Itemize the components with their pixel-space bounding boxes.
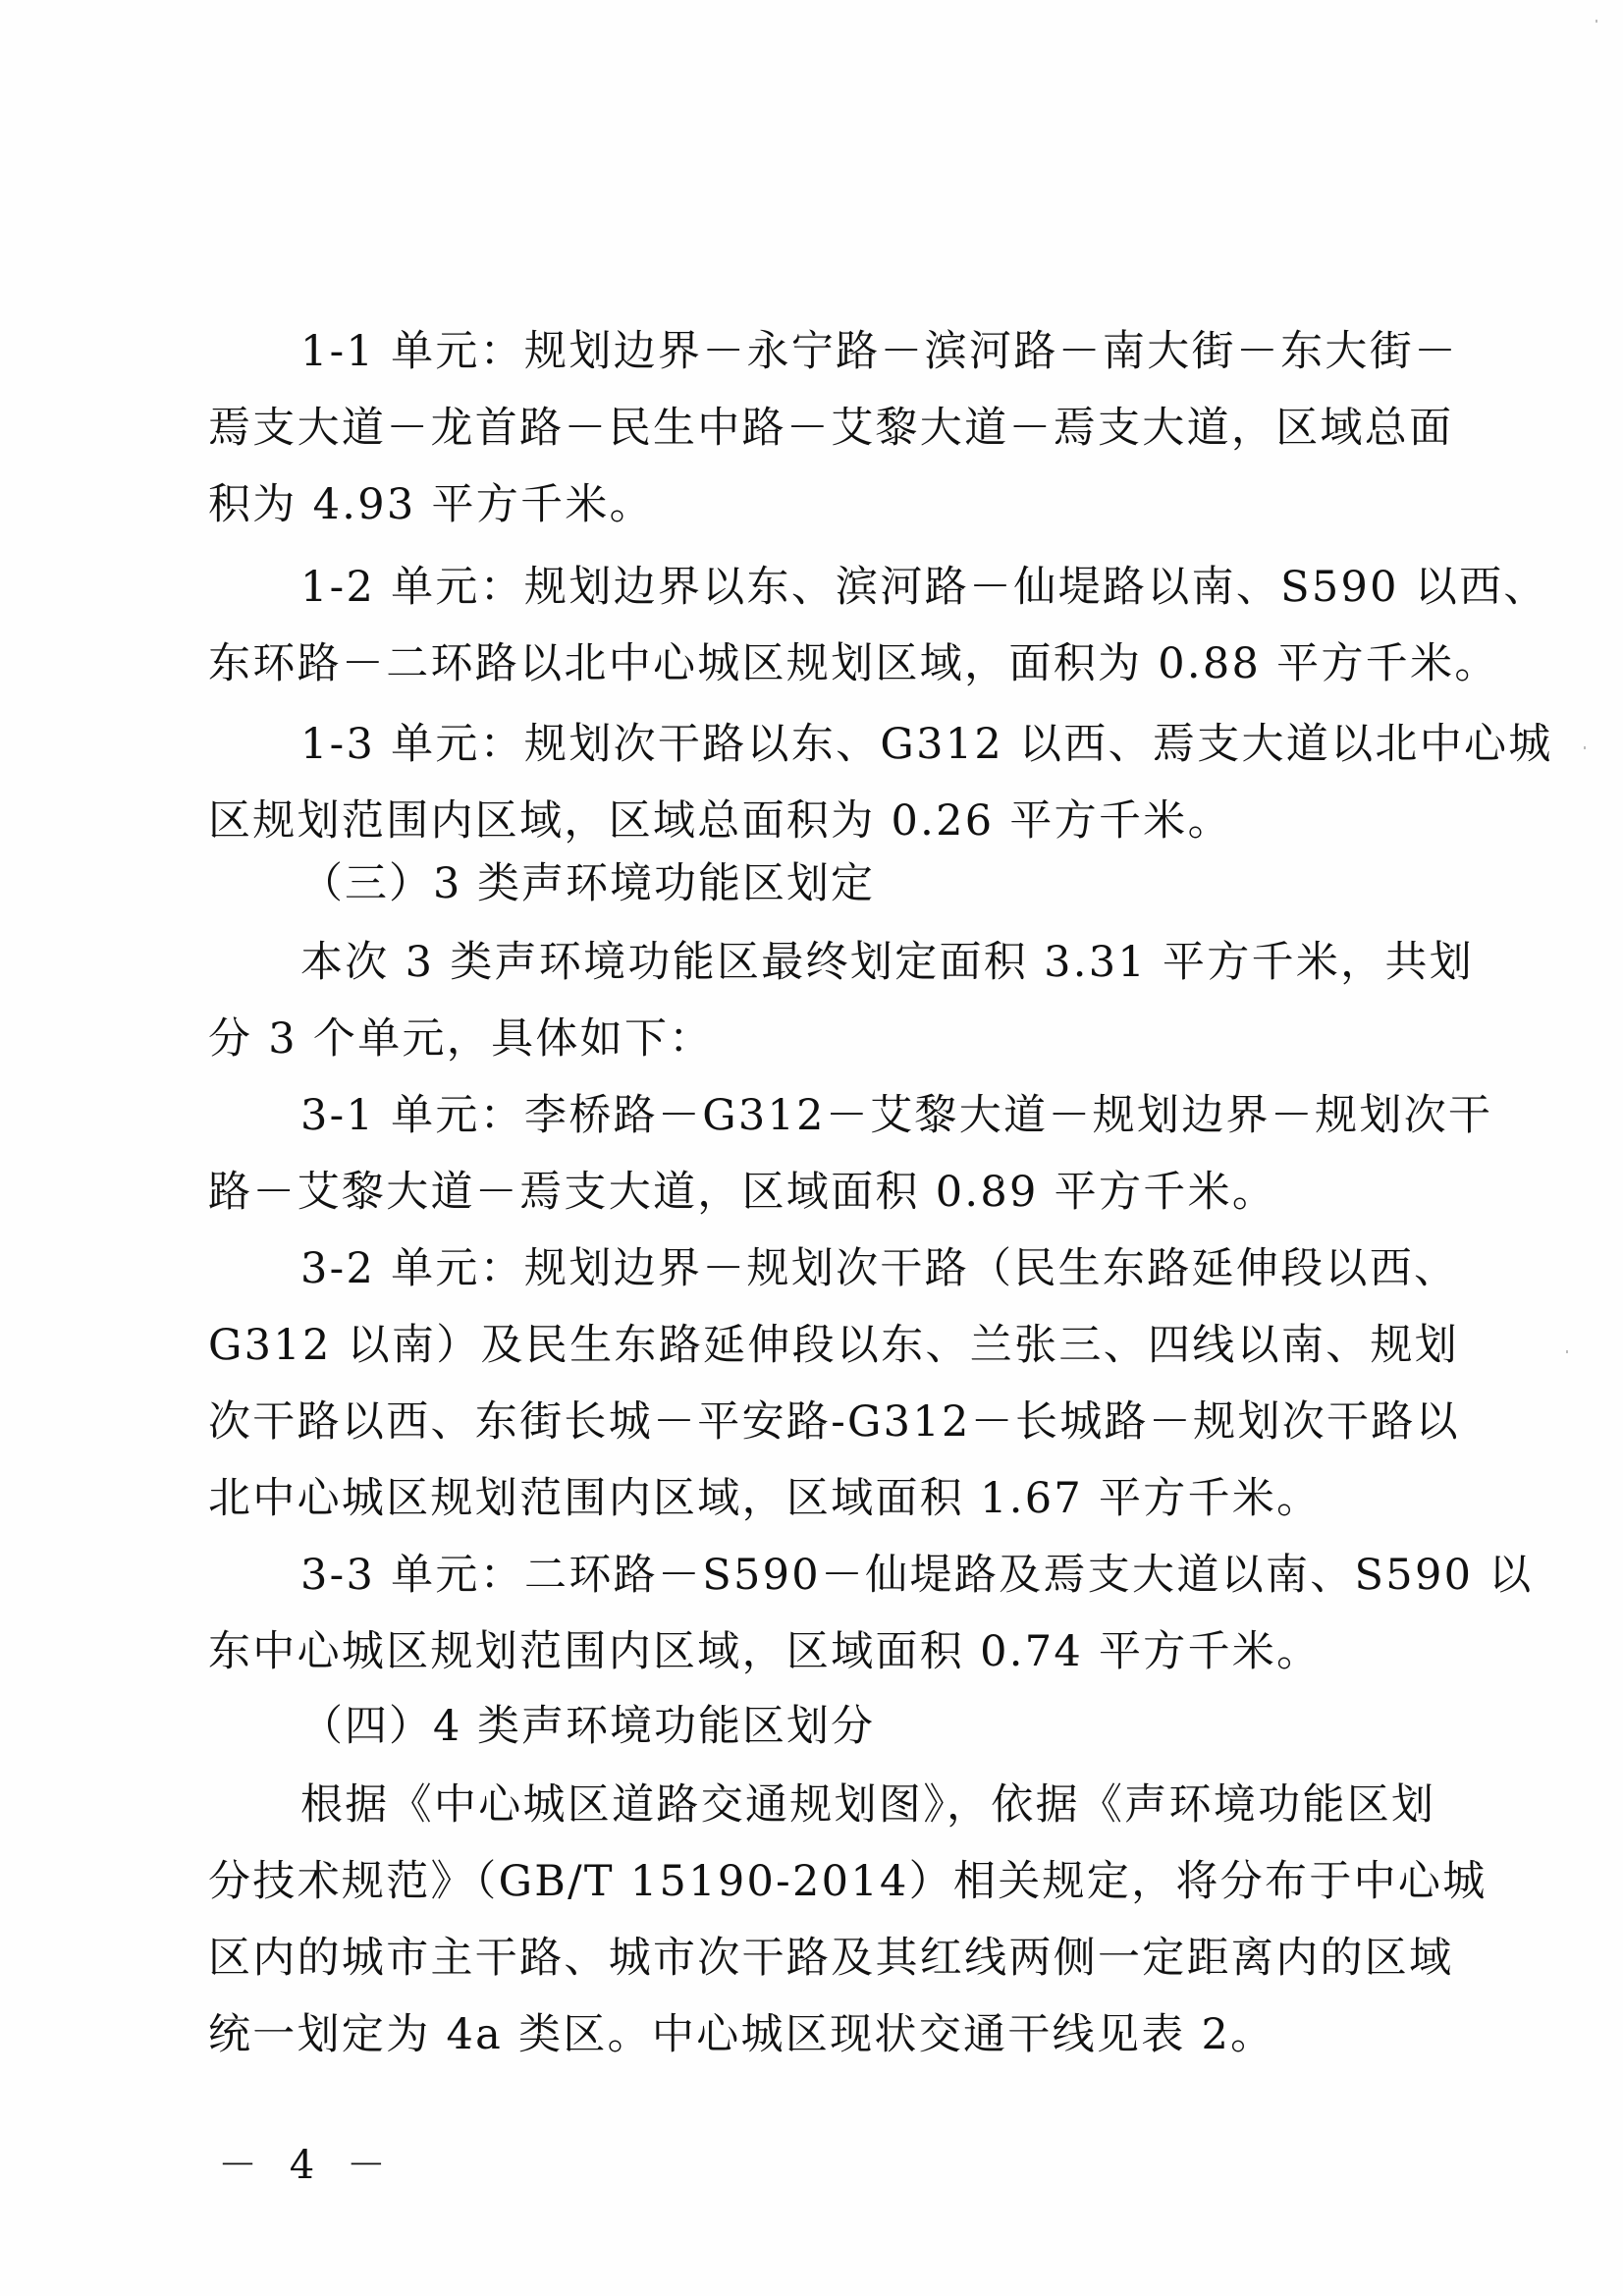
class-4-body-line-4: 统一划定为 4a 类区。中心城区现状交通干线见表 2。 (208, 2005, 1431, 2064)
scan-artifact (1596, 20, 1597, 23)
unit-1-3-line-1: 1-3 单元：规划次干路以东、G312 以西、焉支大道以北中心城 (300, 715, 1431, 774)
class-3-summary-line-1: 本次 3 类声环境功能区最终划定面积 3.31 平方千米，共划 (300, 933, 1431, 992)
scan-artifact (1000, 1178, 1001, 1181)
unit-3-1-line-1: 3-1 单元：李桥路－G312－艾黎大道－规划边界－规划次干 (300, 1086, 1431, 1145)
unit-3-2-line-2: G312 以南）及民生东路延伸段以东、兰张三、四线以南、规划 (208, 1316, 1431, 1375)
class-4-body-line-3: 区内的城市主干路、城市次干路及其红线两侧一定距离内的区域 (208, 1929, 1431, 1988)
unit-1-3-line-2: 区规划范围内区域，区域总面积为 0.26 平方千米。 (208, 792, 1431, 850)
class-4-body-line-1: 根据《中心城区道路交通规划图》，依据《声环境功能区划 (300, 1776, 1431, 1834)
unit-1-2-line-1: 1-2 单元：规划边界以东、滨河路－仙堤路以南、S590 以西、 (300, 558, 1431, 617)
scan-artifact (1566, 1350, 1568, 1353)
section-heading-class-4: （四）4 类声环境功能区划分 (300, 1697, 1431, 1756)
section-heading-class-3: （三）3 类声环境功能区划定 (300, 854, 1431, 913)
unit-1-1-line-2: 焉支大道－龙首路－民生中路－艾黎大道－焉支大道，区域总面 (208, 399, 1431, 458)
unit-3-3-line-2: 东中心城区规划范围内区域，区域面积 0.74 平方千米。 (208, 1622, 1431, 1681)
unit-3-2-line-4: 北中心城区规划范围内区域，区域面积 1.67 平方千米。 (208, 1469, 1431, 1528)
unit-1-2-line-2: 东环路－二环路以北中心城区规划区域，面积为 0.88 平方千米。 (208, 634, 1431, 693)
class-4-body-line-2: 分技术规范》（GB/T 15190-2014）相关规定，将分布于中心城 (208, 1852, 1431, 1911)
class-3-summary-line-2: 分 3 个单元，具体如下： (208, 1010, 1431, 1068)
unit-3-3-line-1: 3-3 单元：二环路－S590－仙堤路及焉支大道以南、S590 以 (300, 1546, 1431, 1605)
scan-artifact (1584, 746, 1586, 749)
unit-3-2-line-1: 3-2 单元：规划边界－规划次干路（民生东路延伸段以西、 (300, 1239, 1431, 1298)
document-page: 1-1 单元：规划边界－永宁路－滨河路－南大街－东大街－ 焉支大道－龙首路－民生… (0, 0, 1623, 2296)
unit-3-2-line-3: 次干路以西、东街长城－平安路-G312－长城路－规划次干路以 (208, 1393, 1431, 1451)
page-number: － 4 － (218, 2141, 396, 2190)
unit-1-1-line-1: 1-1 单元：规划边界－永宁路－滨河路－南大街－东大街－ (300, 322, 1431, 381)
unit-3-1-line-2: 路－艾黎大道－焉支大道，区域面积 0.89 平方千米。 (208, 1163, 1431, 1222)
unit-1-1-line-3: 积为 4.93 平方千米。 (208, 475, 1431, 534)
